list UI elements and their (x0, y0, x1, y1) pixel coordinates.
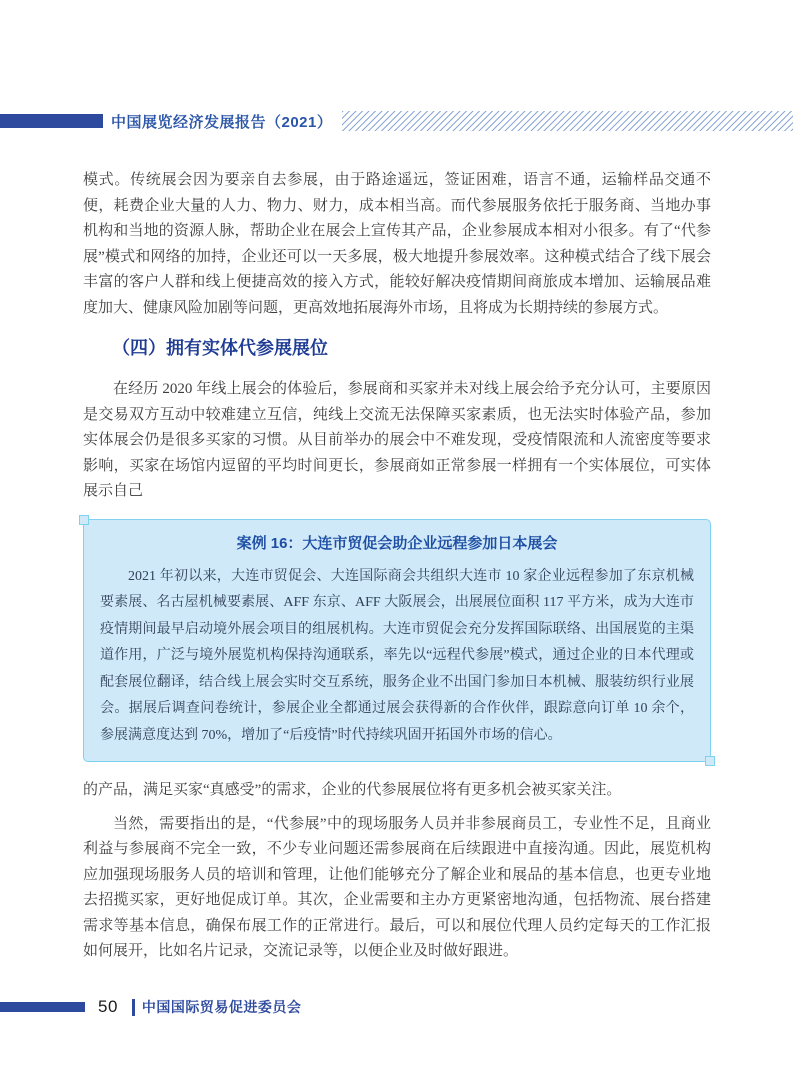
footer-organization: 中国国际贸易促进委员会 (142, 997, 302, 1017)
page-footer: 50 中国国际贸易促进委员会 (0, 995, 793, 1019)
paragraph: 的产品，满足买家“真感受”的需求，企业的代参展展位将有更多机会被买家关注。 (83, 778, 711, 804)
section-heading: （四）拥有实体代参展展位 (83, 335, 711, 361)
page-body: 模式。传统展会因为要亲自去参展，由于路途遥远，签证困难，语言不通，运输样品交通不… (83, 168, 711, 965)
report-page: 中国展览经济发展报告（2021） 模式。传统展会因为要亲自去参展，由于路途遥远，… (0, 0, 793, 1077)
page-header: 中国展览经济发展报告（2021） (0, 110, 793, 132)
report-title: 中国展览经济发展报告（2021） (111, 111, 332, 132)
header-hatch-pattern (342, 111, 793, 131)
paragraph: 在经历 2020 年线上展会的体验后，参展商和买家并未对线上展会给予充分认可，主… (83, 377, 711, 505)
page-number: 50 (98, 997, 118, 1017)
header-accent-bar (0, 114, 103, 128)
paragraph: 当然，需要指出的是，“代参展”中的现场服务人员并非参展商员工，专业性不足，且商业… (83, 812, 711, 965)
paragraph: 模式。传统展会因为要亲自去参展，由于路途遥远，签证困难，语言不通，运输样品交通不… (83, 168, 711, 321)
case-study-box: 案例 16：大连市贸促会助企业远程参加日本展会 2021 年初以来，大连市贸促会… (83, 519, 711, 763)
case-study-title: 案例 16：大连市贸促会助企业远程参加日本展会 (100, 533, 694, 555)
footer-separator (132, 999, 135, 1016)
footer-accent-bar (0, 1002, 85, 1012)
case-study-body: 2021 年初以来，大连市贸促会、大连国际商会共组织大连市 10 家企业远程参加… (100, 564, 694, 750)
